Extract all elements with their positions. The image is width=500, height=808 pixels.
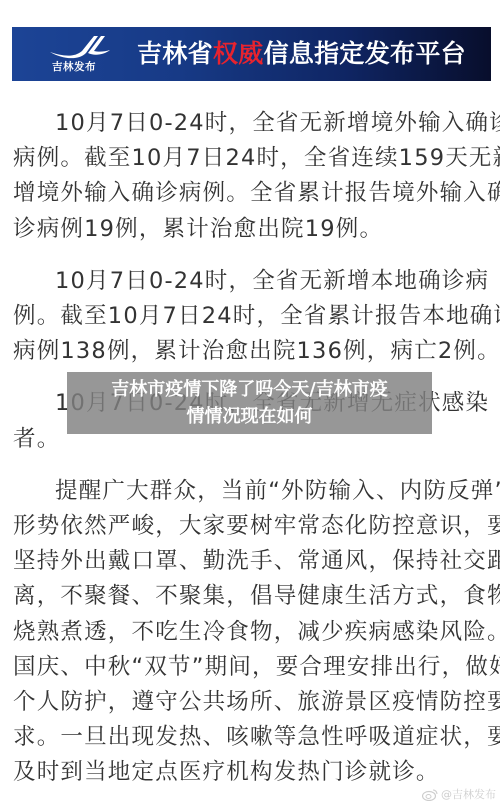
banner-title-prefix: 吉林省 [137,39,213,68]
headline-line-1: 吉林市疫情下降了吗今天/吉林市疫 [111,376,388,403]
text-line: 例。截至10月7日24时，全省累计报告本地确诊 [13,299,491,334]
text-line: 个人防护，遵守公共场所、旅游景区疫情防控要 [13,685,491,720]
paragraph-local-cases: 10月7日0-24时，全省无新增本地确诊病 例。截至10月7日24时，全省累计报… [13,264,491,370]
paragraph-reminder: 提醒广大群众，当前“外防输入、内防反弹” 形势依然严峻，大家要树牢常态化防控意识… [13,474,491,791]
text-line: 国庆、中秋“双节”期间，要合理安排出行，做好 [13,650,491,685]
text-line: 增境外输入确诊病例。全省累计报告境外输入确 [13,176,491,211]
banner-title-highlight: 权威 [213,39,264,68]
text-line: 病例138例，累计治愈出院136例，病亡2例。 [13,334,491,369]
paragraph-imported-cases: 10月7日0-24时，全省无新增境外输入确诊 病例。截至10月7日24时，全省连… [13,106,491,247]
banner-title: 吉林省权威信息指定发布平台 [137,38,466,70]
article-body: 10月7日0-24时，全省无新增境外输入确诊 病例。截至10月7日24时，全省连… [13,106,491,808]
text-line: 提醒广大群众，当前“外防输入、内防反弹” [13,474,491,509]
text-line: 坚持外出戴口罩、勤洗手、常通风，保持社交距 [13,544,491,579]
text-line: 离，不聚餐、不聚集，倡导健康生活方式，食物 [13,579,491,614]
headline-line-2: 情情况现在如何 [187,403,313,430]
weibo-watermark: @吉林发布 [422,786,496,802]
jilin-fabu-logo: 吉林发布 [44,31,116,77]
text-line: 10月7日0-24时，全省无新增境外输入确诊 [13,106,491,141]
text-line: 病例。截至10月7日24时，全省连续159天无新 [13,141,491,176]
banner-title-suffix: 信息指定发布平台 [264,39,466,68]
text-line: 诊病例19例，累计治愈出院19例。 [13,212,491,247]
text-line: 烧熟煮透，不吃生冷食物，减少疾病感染风险。 [13,615,491,650]
text-line: 及时到当地定点医疗机构发热门诊就诊。 [13,755,491,790]
watermark-text: @吉林发布 [441,786,496,802]
jl-logo-mark-icon [48,33,112,61]
text-line: 求。一旦出现发热、咳嗽等急性呼吸道症状，要 [13,720,491,755]
weibo-icon [422,788,438,801]
logo-caption: 吉林发布 [52,59,96,74]
headline-overlay: 吉林市疫情下降了吗今天/吉林市疫 情情况现在如何 [67,372,432,434]
header-banner: 吉林发布 吉林省权威信息指定发布平台 [12,27,491,81]
text-line: 形势依然严峻，大家要树牢常态化防控意识，要 [13,509,491,544]
text-line: 10月7日0-24时，全省无新增本地确诊病 [13,264,491,299]
